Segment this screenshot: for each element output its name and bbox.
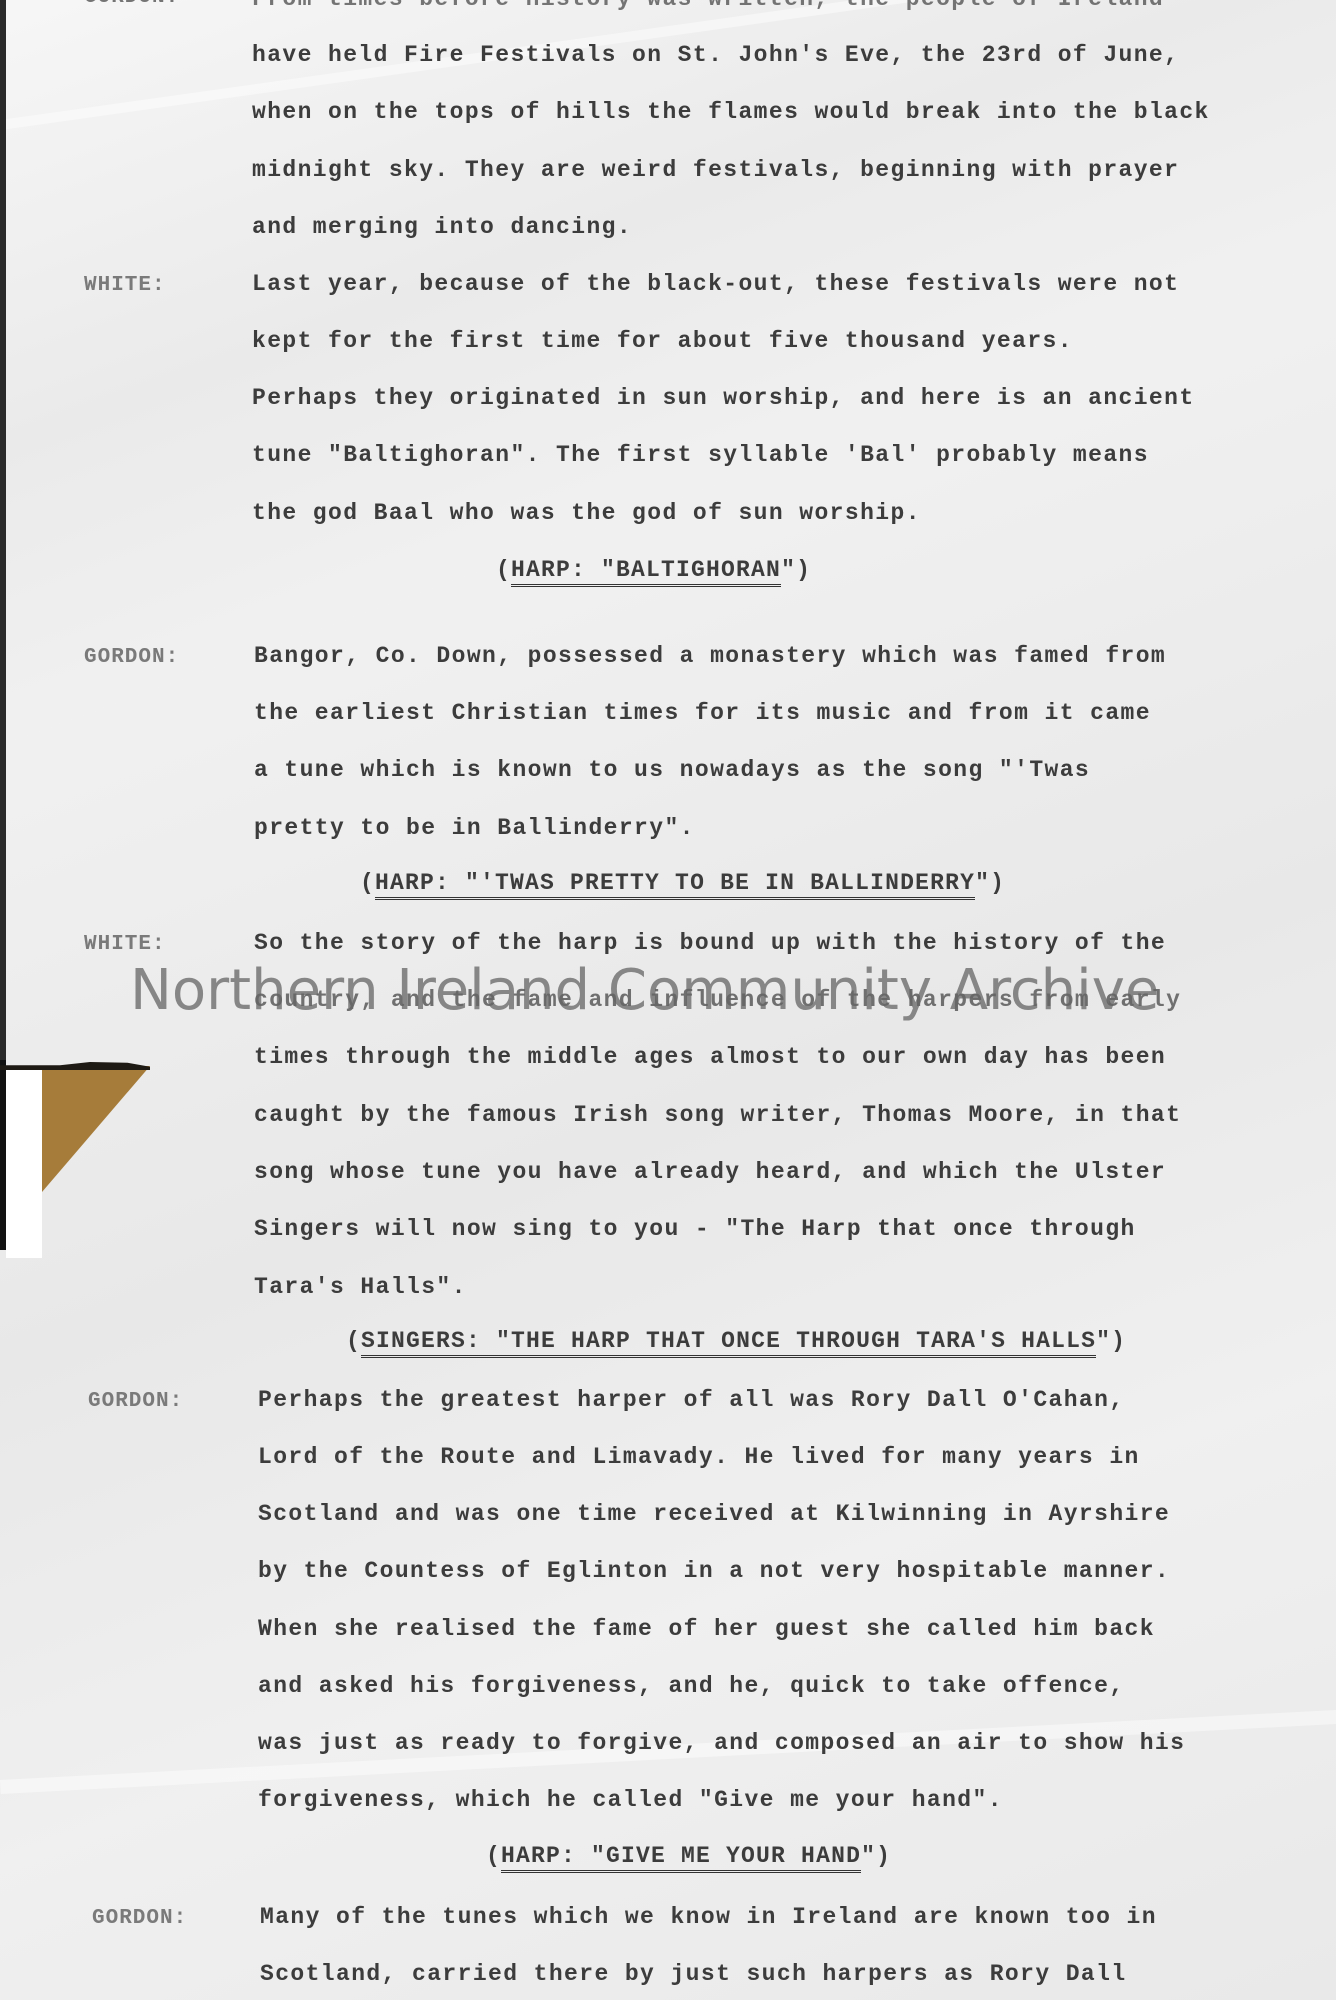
script-line: midnight sky. They are weird festivals, … [252,157,1179,183]
script-line-cutoff: From times before history was written, t… [252,0,1164,12]
music-cue: (HARP: "GIVE ME YOUR HAND") [486,1843,891,1869]
script-line: have held Fire Festivals on St. John's E… [252,42,1179,68]
script-line: when on the tops of hills the flames wou… [252,99,1210,125]
script-line: Perhaps they originated in sun worship, … [252,385,1195,411]
script-line: the earliest Christian times for its mus… [254,700,1151,726]
music-cue: (HARP: "'TWAS PRETTY TO BE IN BALLINDERR… [360,870,1005,896]
script-line: Many of the tunes which we know in Irela… [260,1904,1157,1930]
cue-text: HARP: "'TWAS PRETTY TO BE IN BALLINDERRY [375,870,975,900]
script-line: Last year, because of the black-out, the… [252,271,1179,297]
script-line: Lord of the Route and Limavady. He lived… [258,1444,1140,1470]
torn-corner-backing [42,1066,150,1192]
torn-edge [0,1062,150,1070]
speaker-label: WHITE: [84,933,166,956]
cue-prefix: ( [346,1328,361,1354]
script-line: times through the middle ages almost to … [254,1044,1166,1070]
script-line: forgiveness, which he called "Give me yo… [258,1787,1003,1813]
script-line: When she realised the fame of her guest … [258,1616,1155,1642]
script-line: Scotland, carried there by just such har… [260,1961,1127,1987]
script-line: Bangor, Co. Down, possessed a monastery … [254,643,1166,669]
script-line: was just as ready to forgive, and compos… [258,1730,1185,1756]
speaker-label: WHITE: [84,274,166,297]
cue-text: SINGERS: "THE HARP THAT ONCE THROUGH TAR… [361,1328,1096,1358]
script-line: and asked his forgiveness, and he, quick… [258,1673,1125,1699]
script-line: Singers will now sing to you - "The Harp… [254,1216,1136,1242]
script-line: pretty to be in Ballinderry". [254,815,695,841]
speaker-label: GORDON: [84,0,179,9]
script-line: Tara's Halls". [254,1274,467,1300]
speaker-label: GORDON: [84,646,179,669]
script-line: kept for the first time for about five t… [252,328,1073,354]
page-edge-shadow [0,0,6,1220]
script-line: a tune which is known to us nowadays as … [254,757,1090,783]
script-line: Scotland and was one time received at Ki… [258,1501,1170,1527]
script-line: and merging into dancing. [252,214,632,240]
script-line: tune "Baltighoran". The first syllable '… [252,442,1149,468]
script-line: country, and the fame and influence of t… [254,987,1181,1013]
script-line: song whose tune you have already heard, … [254,1159,1166,1185]
cue-suffix: ") [861,1843,891,1869]
script-line: So the story of the harp is bound up wit… [254,930,1166,956]
music-cue: (HARP: "BALTIGHORAN") [496,557,811,583]
cue-prefix: ( [496,557,511,583]
speaker-label: GORDON: [88,1390,183,1413]
music-cue: (SINGERS: "THE HARP THAT ONCE THROUGH TA… [346,1328,1126,1354]
torn-corner-paper [6,1068,42,1258]
script-line: by the Countess of Eglinton in a not ver… [258,1558,1170,1584]
document-page: GORDON: From times before history was wr… [0,0,1336,2000]
script-line: caught by the famous Irish song writer, … [254,1102,1181,1128]
cue-suffix: ") [781,557,811,583]
cue-prefix: ( [360,870,375,896]
cue-prefix: ( [486,1843,501,1869]
script-line: Perhaps the greatest harper of all was R… [258,1387,1125,1413]
cue-text: HARP: "BALTIGHORAN [511,557,781,587]
speaker-label: GORDON: [92,1907,187,1930]
cue-suffix: ") [1096,1328,1126,1354]
script-line: the god Baal who was the god of sun wors… [252,500,921,526]
cue-suffix: ") [975,870,1005,896]
cue-text: HARP: "GIVE ME YOUR HAND [501,1843,861,1873]
